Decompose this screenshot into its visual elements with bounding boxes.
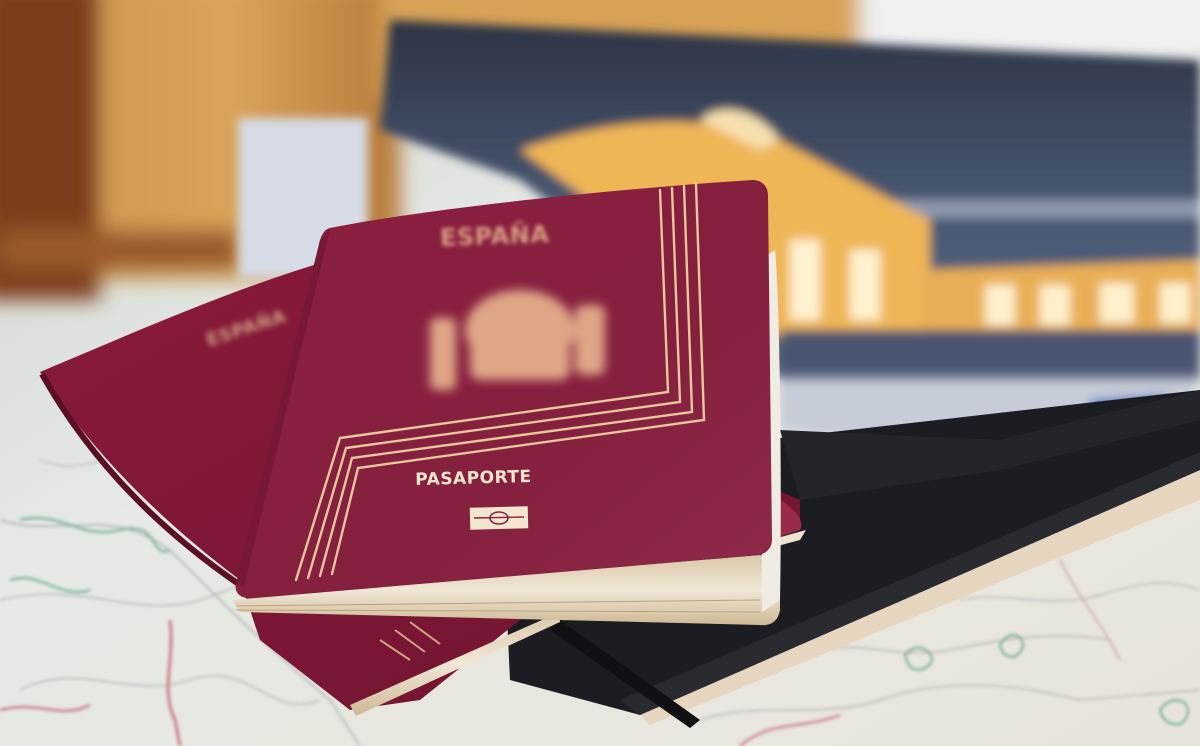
passport-label: PASAPORTE xyxy=(415,467,532,490)
photo-scene: ESPAÑA ESPAÑA PASAPORTE xyxy=(0,0,1200,746)
front-passport-title: ESPAÑA xyxy=(440,220,550,252)
background-illustration xyxy=(0,0,1200,746)
biometric-chip-icon xyxy=(470,506,529,530)
